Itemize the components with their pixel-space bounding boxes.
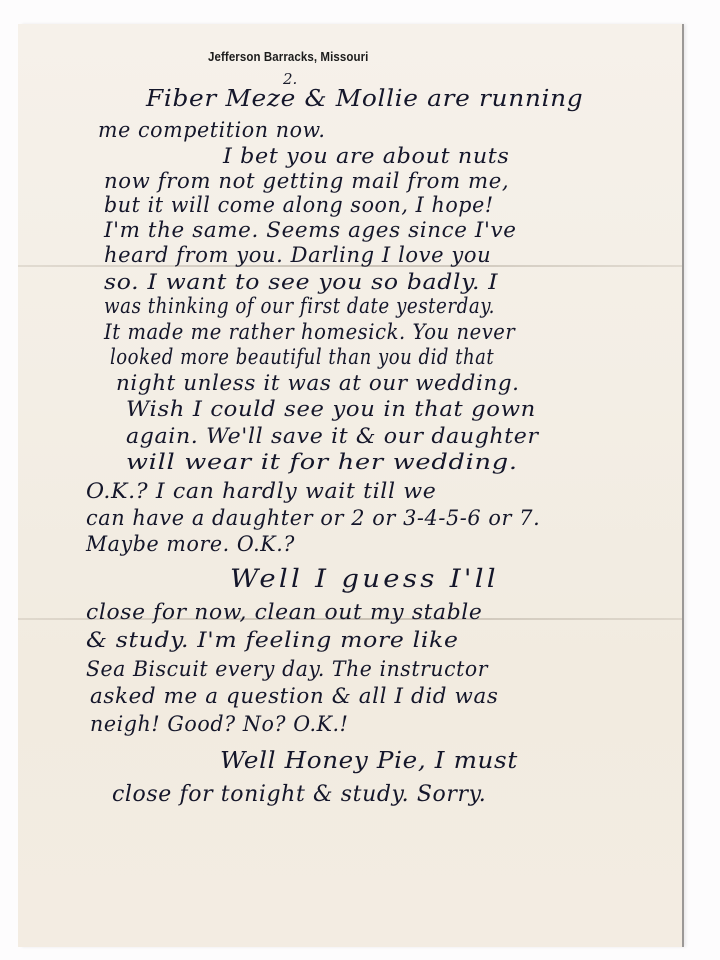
- letter-line: neigh! Good? No? O.K.!: [90, 712, 349, 736]
- letter-line: will wear it for her wedding.: [126, 450, 518, 474]
- letter-page: Jefferson Barracks, Missouri 2. Fiber Me…: [18, 24, 682, 947]
- letter-line: Wish I could see you in that gown: [126, 397, 536, 421]
- letter-line: close for now, clean out my stable: [86, 600, 482, 624]
- letter-line: asked me a question & all I did was: [90, 684, 498, 708]
- letter-line: now from not getting mail from me,: [104, 169, 509, 193]
- letter-line: O.K.? I can hardly wait till we: [86, 479, 436, 503]
- letter-line: was thinking of our first date yesterday…: [104, 294, 495, 318]
- letter-line: Well I guess I'll: [230, 564, 499, 593]
- letter-line: but it will come along soon, I hope!: [104, 193, 494, 217]
- letter-line: again. We'll save it & our daughter: [126, 424, 539, 448]
- letter-line: close for tonight & study. Sorry.: [112, 782, 486, 807]
- letter-line: I'm the same. Seems ages since I've: [104, 218, 516, 242]
- letter-line: & study. I'm feeling more like: [86, 628, 459, 652]
- letter-line: me competition now.: [98, 118, 325, 142]
- letter-line: night unless it was at our wedding.: [116, 371, 520, 395]
- letter-line: heard from you. Darling I love you: [104, 243, 491, 267]
- letter-line: Fiber Meze & Mollie are running: [146, 86, 583, 112]
- letter-line: Sea Biscuit every day. The instructor: [86, 657, 488, 681]
- letter-line: looked more beautiful than you did that: [110, 345, 494, 369]
- letter-line: I bet you are about nuts: [223, 144, 509, 168]
- letter-line: Well Honey Pie, I must: [220, 748, 518, 774]
- letter-line: It made me rather homesick. You never: [104, 320, 515, 344]
- letterhead-location: Jefferson Barracks, Missouri: [208, 50, 368, 64]
- letter-line: Maybe more. O.K.?: [86, 532, 295, 556]
- letter-line: so. I want to see you so badly. I: [104, 270, 498, 294]
- letter-line: can have a daughter or 2 or 3-4-5-6 or 7…: [86, 506, 540, 530]
